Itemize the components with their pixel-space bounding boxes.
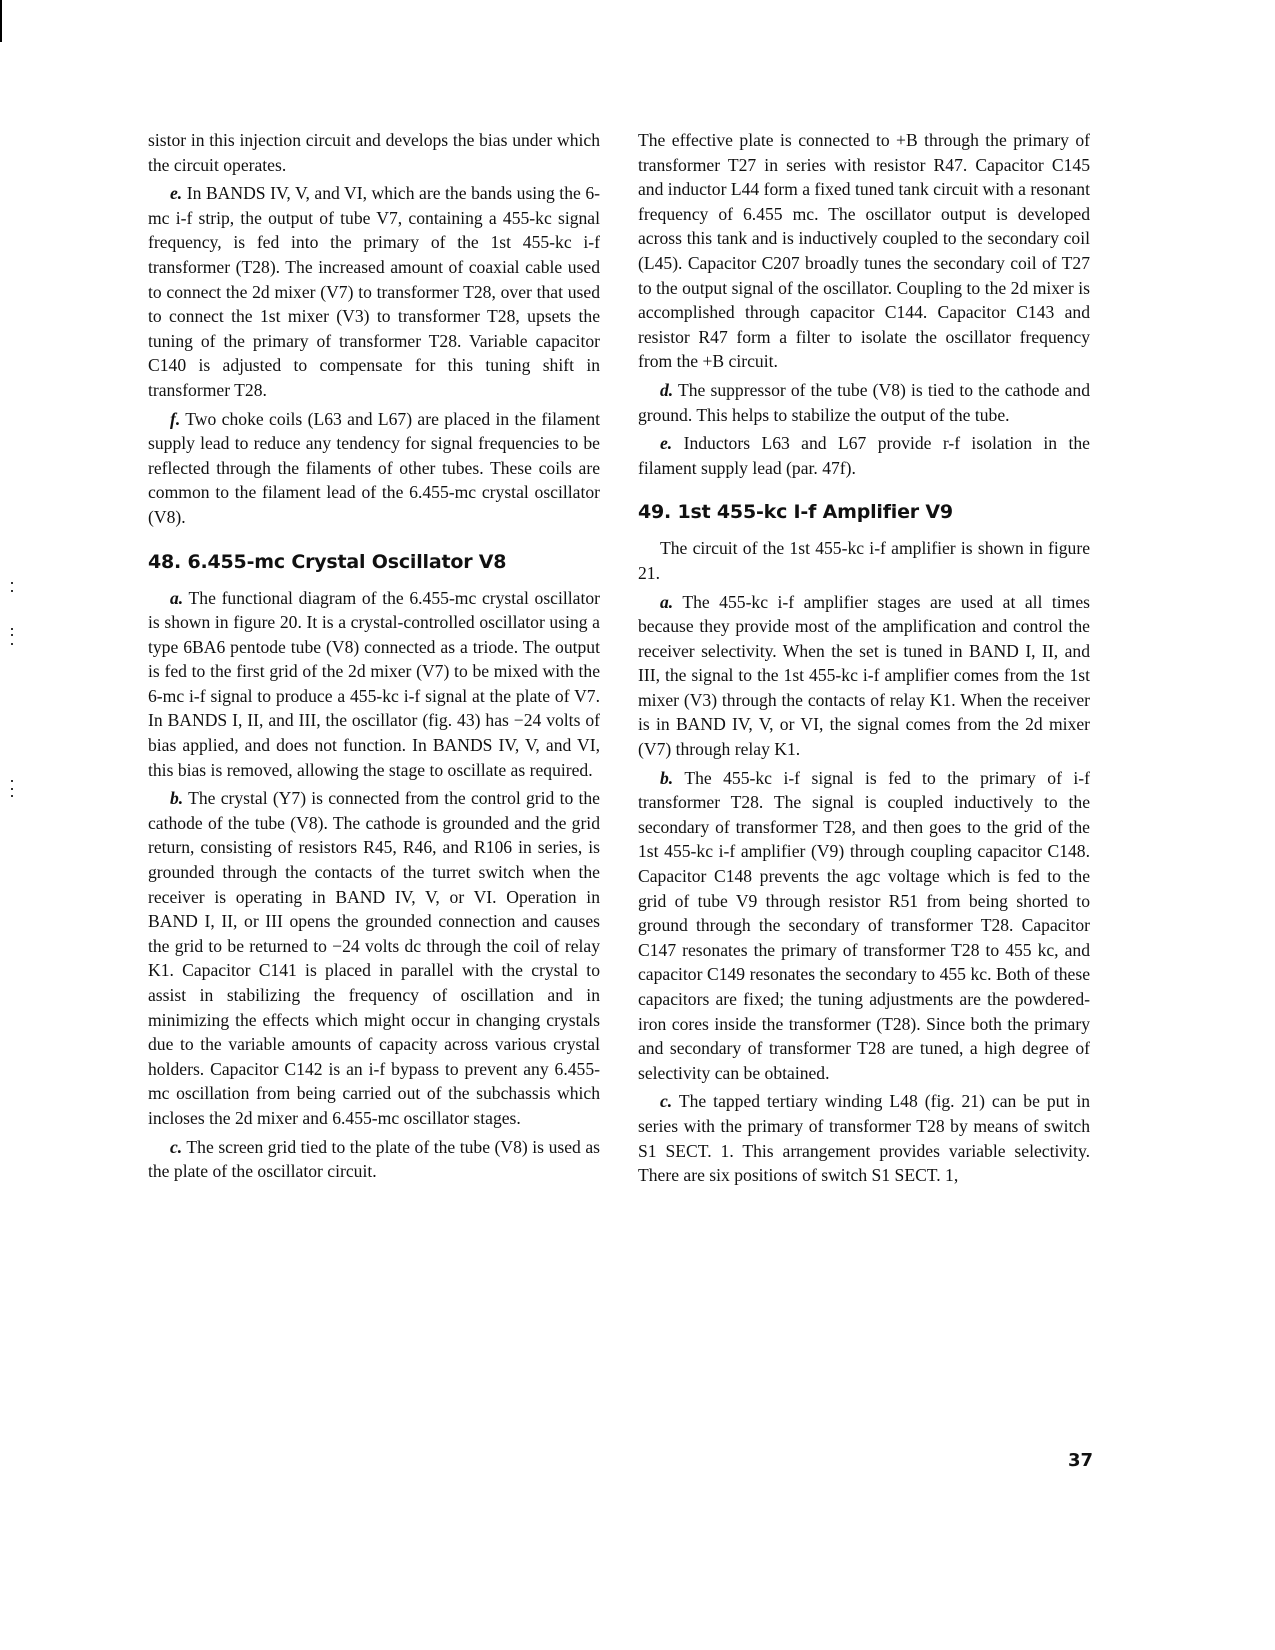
paragraph-continued: sistor in this injection circuit and dev… bbox=[148, 128, 600, 177]
paragraph-text: The 455-kc i-f signal is fed to the prim… bbox=[638, 768, 1090, 1083]
scan-edge-mark bbox=[11, 582, 13, 584]
left-column: sistor in this injection circuit and dev… bbox=[148, 128, 600, 1188]
paragraph-text: The screen grid tied to the plate of the… bbox=[148, 1137, 600, 1182]
paragraph-text: Two choke coils (L63 and L67) are placed… bbox=[148, 409, 600, 527]
scan-edge-mark bbox=[11, 634, 13, 636]
paragraph-48c-continued: The effective plate is connected to +B t… bbox=[638, 128, 1090, 374]
section-heading-49: 49. 1st 455-kc I-f Amplifier V9 bbox=[638, 500, 1090, 524]
paragraph-letter: b. bbox=[660, 768, 673, 788]
section-heading-48: 48. 6.455-mc Crystal Oscillator V8 bbox=[148, 550, 600, 574]
scan-edge-mark bbox=[11, 780, 13, 782]
paragraph-48a: a. The functional diagram of the 6.455-m… bbox=[148, 586, 600, 783]
scan-edge-bar bbox=[0, 0, 2, 42]
paragraph-letter: a. bbox=[170, 588, 183, 608]
paragraph-letter: b. bbox=[170, 788, 183, 808]
paragraph-letter: c. bbox=[660, 1091, 672, 1111]
paragraph-letter: f. bbox=[170, 409, 180, 429]
right-column: The effective plate is connected to +B t… bbox=[638, 128, 1090, 1192]
paragraph-letter: a. bbox=[660, 592, 673, 612]
scan-edge-mark bbox=[11, 628, 13, 630]
paragraph-49a: a. The 455-kc i-f amplifier stages are u… bbox=[638, 590, 1090, 762]
paragraph-text: The crystal (Y7) is connected from the c… bbox=[148, 788, 600, 1128]
scan-edge-mark bbox=[11, 795, 13, 797]
paragraph-text: The tapped tertiary winding L48 (fig. 21… bbox=[638, 1091, 1090, 1185]
scan-edge-mark bbox=[11, 590, 13, 592]
paragraph-48c: c. The screen grid tied to the plate of … bbox=[148, 1135, 600, 1184]
paragraph-47e: e. In BANDS IV, V, and VI, which are the… bbox=[148, 181, 600, 402]
paragraph-letter: c. bbox=[170, 1137, 182, 1157]
paragraph-text: Inductors L63 and L67 provide r-f isolat… bbox=[638, 433, 1090, 478]
page-number: 37 bbox=[1068, 1450, 1093, 1471]
paragraph-48e: e. Inductors L63 and L67 provide r-f iso… bbox=[638, 431, 1090, 480]
paragraph-letter: d. bbox=[660, 380, 673, 400]
scan-edge-mark bbox=[11, 788, 13, 790]
paragraph-text: The 455-kc i-f amplifier stages are used… bbox=[638, 592, 1090, 760]
paragraph-text: The suppressor of the tube (V8) is tied … bbox=[638, 380, 1090, 425]
paragraph-49c: c. The tapped tertiary winding L48 (fig.… bbox=[638, 1089, 1090, 1187]
paragraph-47f: f. Two choke coils (L63 and L67) are pla… bbox=[148, 407, 600, 530]
paragraph-text: In BANDS IV, V, and VI, which are the ba… bbox=[148, 183, 600, 400]
paragraph-letter: e. bbox=[170, 183, 182, 203]
scan-edge-mark bbox=[11, 643, 13, 645]
paragraph-49b: b. The 455-kc i-f signal is fed to the p… bbox=[638, 766, 1090, 1086]
paragraph-48b: b. The crystal (Y7) is connected from th… bbox=[148, 786, 600, 1130]
paragraph-text: The functional diagram of the 6.455-mc c… bbox=[148, 588, 600, 780]
paragraph-letter: e. bbox=[660, 433, 672, 453]
paragraph-49-intro: The circuit of the 1st 455-kc i-f amplif… bbox=[638, 536, 1090, 585]
paragraph-48d: d. The suppressor of the tube (V8) is ti… bbox=[638, 378, 1090, 427]
